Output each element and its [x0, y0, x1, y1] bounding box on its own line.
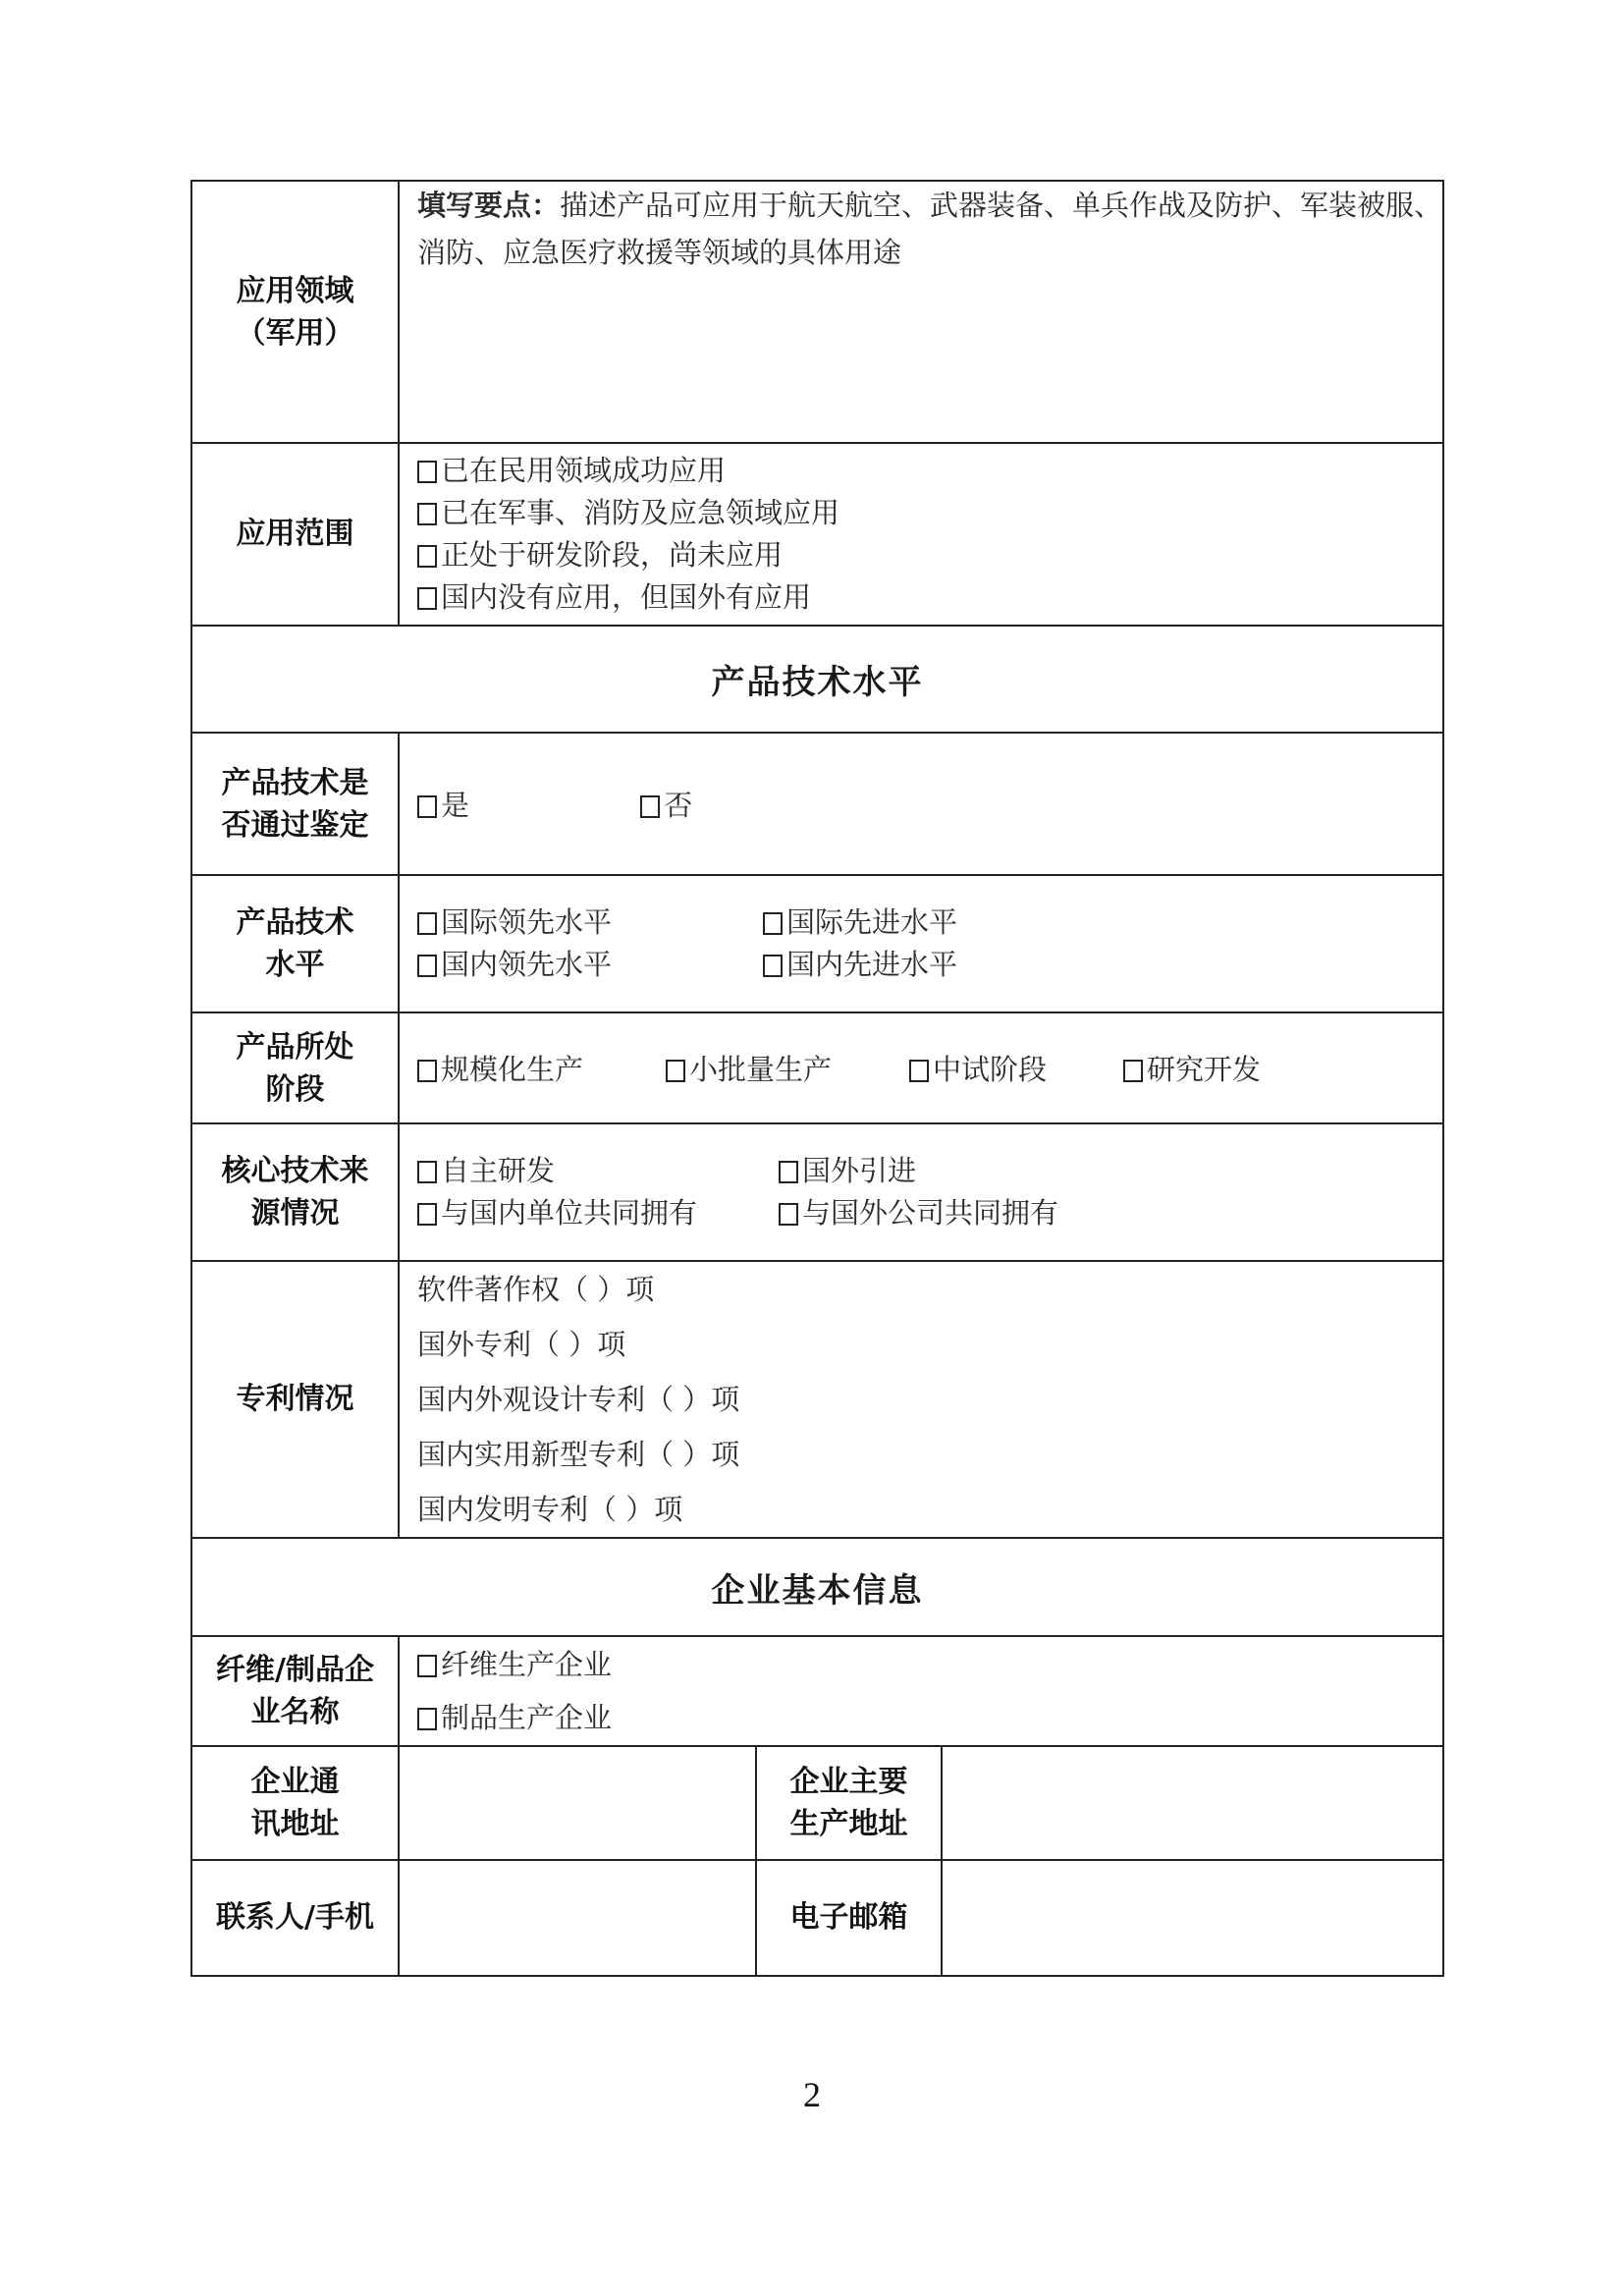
stage-options: 规模化生产小批量生产中试阶段研究开发: [399, 1012, 1443, 1123]
patent-foreign[interactable]: 国外专利（ ）项: [417, 1317, 1442, 1372]
checkbox-icon[interactable]: [1123, 1060, 1143, 1082]
checkbox-option[interactable]: 已在军事、消防及应急领域应用: [417, 492, 839, 534]
checkbox-icon[interactable]: [417, 587, 437, 610]
checkbox-icon[interactable]: [417, 461, 437, 483]
checkbox-icon[interactable]: [417, 1161, 437, 1183]
checkbox-icon[interactable]: [763, 955, 783, 977]
label-line: 业名称: [192, 1691, 398, 1733]
row-application-field: 应用领域 （军用） 填写要点：描述产品可应用于航天航空、武器装备、单兵作战及防护…: [191, 181, 1443, 443]
option-label: 小批量生产: [689, 1053, 832, 1086]
row-application-scope: 应用范围 已在民用领域成功应用 已在军事、消防及应急领域应用 正处于研发阶段，尚…: [191, 443, 1443, 626]
checkbox-option[interactable]: 国内先进水平: [763, 944, 957, 986]
label-mailing-address: 企业通 讯地址: [191, 1746, 399, 1860]
row-contact: 联系人/手机 电子邮箱: [191, 1860, 1443, 1976]
checkbox-option[interactable]: 国外引进: [779, 1150, 916, 1192]
checkbox-option[interactable]: 正处于研发阶段，尚未应用: [417, 534, 783, 576]
option-label: 制品生产企业: [441, 1701, 612, 1734]
page-number: 2: [803, 2074, 821, 2115]
label-tech-level: 产品技术 水平: [191, 875, 399, 1012]
label-company-type: 纤维/制品企 业名称: [191, 1636, 399, 1746]
option-label: 否: [664, 789, 692, 822]
label-line: 产品技术是: [192, 762, 398, 804]
checkbox-option[interactable]: 纤维生产企业: [417, 1638, 612, 1691]
label-core-source: 核心技术来 源情况: [191, 1123, 399, 1261]
checkbox-option[interactable]: 国内领先水平: [417, 944, 763, 986]
label-contact: 联系人/手机: [191, 1860, 399, 1976]
application-form-table: 应用领域 （军用） 填写要点：描述产品可应用于航天航空、武器装备、单兵作战及防护…: [190, 180, 1444, 1977]
mailing-address-field[interactable]: [399, 1746, 756, 1860]
row-tech-level: 产品技术 水平 国际领先水平国际先进水平 国内领先水平国内先进水平: [191, 875, 1443, 1012]
label-appraisal: 产品技术是 否通过鉴定: [191, 733, 399, 875]
patent-fields: 软件著作权（ ）项 国外专利（ ）项 国内外观设计专利（ ）项 国内实用新型专利…: [399, 1261, 1443, 1538]
row-company-type: 纤维/制品企 业名称 纤维生产企业 制品生产企业: [191, 1636, 1443, 1746]
checkbox-option-yes[interactable]: 是: [417, 784, 631, 824]
checkbox-option[interactable]: 国际领先水平: [417, 902, 763, 944]
option-label: 正处于研发阶段，尚未应用: [441, 538, 783, 572]
checkbox-icon[interactable]: [417, 1060, 437, 1082]
label-line: 阶段: [192, 1068, 398, 1111]
company-type-options: 纤维生产企业 制品生产企业: [399, 1636, 1443, 1746]
row-patents: 专利情况 软件著作权（ ）项 国外专利（ ）项 国内外观设计专利（ ）项 国内实…: [191, 1261, 1443, 1538]
checkbox-option[interactable]: 小批量生产: [666, 1048, 909, 1088]
label-line: 企业通: [192, 1761, 398, 1803]
patent-domestic-utility[interactable]: 国内实用新型专利（ ）项: [417, 1427, 1442, 1482]
option-label: 国外引进: [802, 1154, 916, 1187]
contact-field[interactable]: [399, 1860, 756, 1976]
checkbox-icon[interactable]: [640, 795, 660, 818]
row-appraisal: 产品技术是 否通过鉴定 是 否: [191, 733, 1443, 875]
label-line: （军用）: [192, 312, 398, 355]
checkbox-option[interactable]: 已在民用领域成功应用: [417, 450, 726, 492]
row-core-source: 核心技术来 源情况 自主研发国外引进 与国内单位共同拥有与国外公司共同拥有: [191, 1123, 1443, 1261]
checkbox-option[interactable]: 与国外公司共同拥有: [779, 1192, 1058, 1234]
core-source-options: 自主研发国外引进 与国内单位共同拥有与国外公司共同拥有: [399, 1123, 1443, 1261]
option-label: 是: [441, 789, 469, 822]
option-label: 纤维生产企业: [441, 1648, 612, 1681]
patent-software-copyright[interactable]: 软件著作权（ ）项: [417, 1262, 1442, 1317]
hint-prefix: 填写要点：: [417, 189, 560, 222]
appraisal-options: 是 否: [399, 733, 1443, 875]
row-section-tech: 产品技术水平: [191, 626, 1443, 733]
row-stage: 产品所处 阶段 规模化生产小批量生产中试阶段研究开发: [191, 1012, 1443, 1123]
option-label: 已在民用领域成功应用: [441, 454, 726, 487]
option-label: 与国外公司共同拥有: [802, 1196, 1058, 1230]
label-application-field: 应用领域 （军用）: [191, 181, 399, 443]
checkbox-option[interactable]: 规模化生产: [417, 1048, 666, 1088]
document-page: 应用领域 （军用） 填写要点：描述产品可应用于航天航空、武器装备、单兵作战及防护…: [0, 0, 1623, 2296]
option-label: 研究开发: [1147, 1053, 1261, 1086]
checkbox-option[interactable]: 研究开发: [1123, 1048, 1261, 1088]
checkbox-option[interactable]: 制品生产企业: [417, 1691, 612, 1744]
checkbox-icon[interactable]: [779, 1161, 798, 1183]
label-production-address: 企业主要 生产地址: [756, 1746, 942, 1860]
option-label: 国内先进水平: [786, 948, 957, 981]
label-line: 纤维/制品企: [192, 1649, 398, 1691]
checkbox-option[interactable]: 与国内单位共同拥有: [417, 1192, 779, 1234]
label-line: 讯地址: [192, 1803, 398, 1845]
checkbox-icon[interactable]: [417, 795, 437, 818]
option-label: 国际领先水平: [441, 905, 612, 939]
email-field[interactable]: [942, 1860, 1443, 1976]
checkbox-icon[interactable]: [417, 503, 437, 525]
checkbox-icon[interactable]: [779, 1203, 798, 1226]
label-line: 源情况: [192, 1192, 398, 1234]
label-line: 产品所处: [192, 1026, 398, 1068]
label-line: 核心技术来: [192, 1150, 398, 1192]
option-label: 与国内单位共同拥有: [441, 1196, 697, 1230]
tech-level-options: 国际领先水平国际先进水平 国内领先水平国内先进水平: [399, 875, 1443, 1012]
checkbox-icon[interactable]: [417, 1203, 437, 1226]
application-field-input[interactable]: 填写要点：描述产品可应用于航天航空、武器装备、单兵作战及防护、军装被服、消防、应…: [399, 181, 1443, 443]
hint-text: 描述产品可应用于航天航空、武器装备、单兵作战及防护、军装被服、消防、应急医疗救援…: [417, 189, 1442, 269]
checkbox-option[interactable]: 国内没有应用，但国外有应用: [417, 576, 811, 619]
option-label: 规模化生产: [441, 1053, 583, 1086]
option-label: 已在军事、消防及应急领域应用: [441, 496, 839, 529]
production-address-field[interactable]: [942, 1746, 1443, 1860]
option-label: 自主研发: [441, 1154, 555, 1187]
option-label: 国内领先水平: [441, 948, 612, 981]
label-line: 生产地址: [757, 1803, 941, 1845]
checkbox-icon[interactable]: [417, 545, 437, 568]
label-line: 水平: [192, 944, 398, 986]
checkbox-option[interactable]: 中试阶段: [909, 1048, 1123, 1088]
option-label: 国内没有应用，但国外有应用: [441, 580, 811, 614]
checkbox-icon[interactable]: [909, 1060, 929, 1082]
label-line: 应用领域: [192, 270, 398, 312]
label-application-scope: 应用范围: [191, 443, 399, 626]
checkbox-icon[interactable]: [666, 1060, 685, 1082]
option-label: 中试阶段: [933, 1053, 1047, 1086]
option-label: 国际先进水平: [786, 905, 957, 939]
label-email: 电子邮箱: [756, 1860, 942, 1976]
checkbox-option[interactable]: 国际先进水平: [763, 902, 957, 944]
patent-domestic-invention[interactable]: 国内发明专利（ ）项: [417, 1482, 1442, 1537]
checkbox-icon[interactable]: [417, 955, 437, 977]
checkbox-icon[interactable]: [763, 912, 783, 935]
checkbox-option[interactable]: 自主研发: [417, 1150, 779, 1192]
section-title-tech-level: 产品技术水平: [191, 626, 1443, 733]
label-stage: 产品所处 阶段: [191, 1012, 399, 1123]
row-section-company: 企业基本信息: [191, 1538, 1443, 1636]
checkbox-option-no[interactable]: 否: [640, 784, 692, 824]
checkbox-icon[interactable]: [417, 1655, 437, 1677]
application-scope-options: 已在民用领域成功应用 已在军事、消防及应急领域应用 正处于研发阶段，尚未应用 国…: [399, 443, 1443, 626]
label-line: 否通过鉴定: [192, 804, 398, 847]
row-address: 企业通 讯地址 企业主要 生产地址: [191, 1746, 1443, 1860]
section-title-company-info: 企业基本信息: [191, 1538, 1443, 1636]
checkbox-icon[interactable]: [417, 912, 437, 935]
label-line: 企业主要: [757, 1761, 941, 1803]
patent-domestic-design[interactable]: 国内外观设计专利（ ）项: [417, 1372, 1442, 1427]
label-line: 产品技术: [192, 902, 398, 944]
label-patents: 专利情况: [191, 1261, 399, 1538]
checkbox-icon[interactable]: [417, 1708, 437, 1730]
